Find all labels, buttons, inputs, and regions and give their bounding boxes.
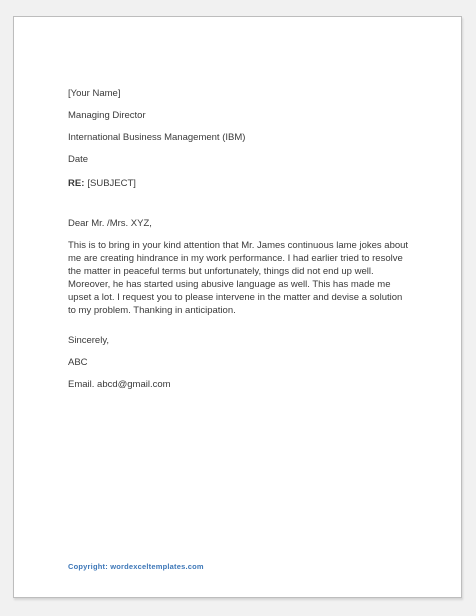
salutation: Dear Mr. /Mrs. XYZ, <box>68 217 409 230</box>
subject-text: [SUBJECT] <box>87 178 136 189</box>
sender-title: Managing Director <box>68 109 409 122</box>
sender-company: International Business Management (IBM) <box>68 131 409 144</box>
signature: ABC <box>68 356 409 369</box>
closing: Sincerely, <box>68 334 409 347</box>
letter-canvas: [Your Name] Managing Director Internatio… <box>0 0 476 616</box>
body-paragraph: This is to bring in your kind attention … <box>68 239 409 317</box>
subject-prefix: RE: <box>68 178 84 189</box>
date-line: Date <box>68 153 409 166</box>
copyright-watermark: Copyright: wordexceltemplates.com <box>68 562 204 572</box>
letter-content: [Your Name] Managing Director Internatio… <box>68 87 409 400</box>
email-line: Email. abcd@gmail.com <box>68 378 409 391</box>
subject-line: RE:[SUBJECT] <box>68 177 409 190</box>
sender-name: [Your Name] <box>68 87 409 100</box>
letter-page: [Your Name] Managing Director Internatio… <box>13 16 462 598</box>
